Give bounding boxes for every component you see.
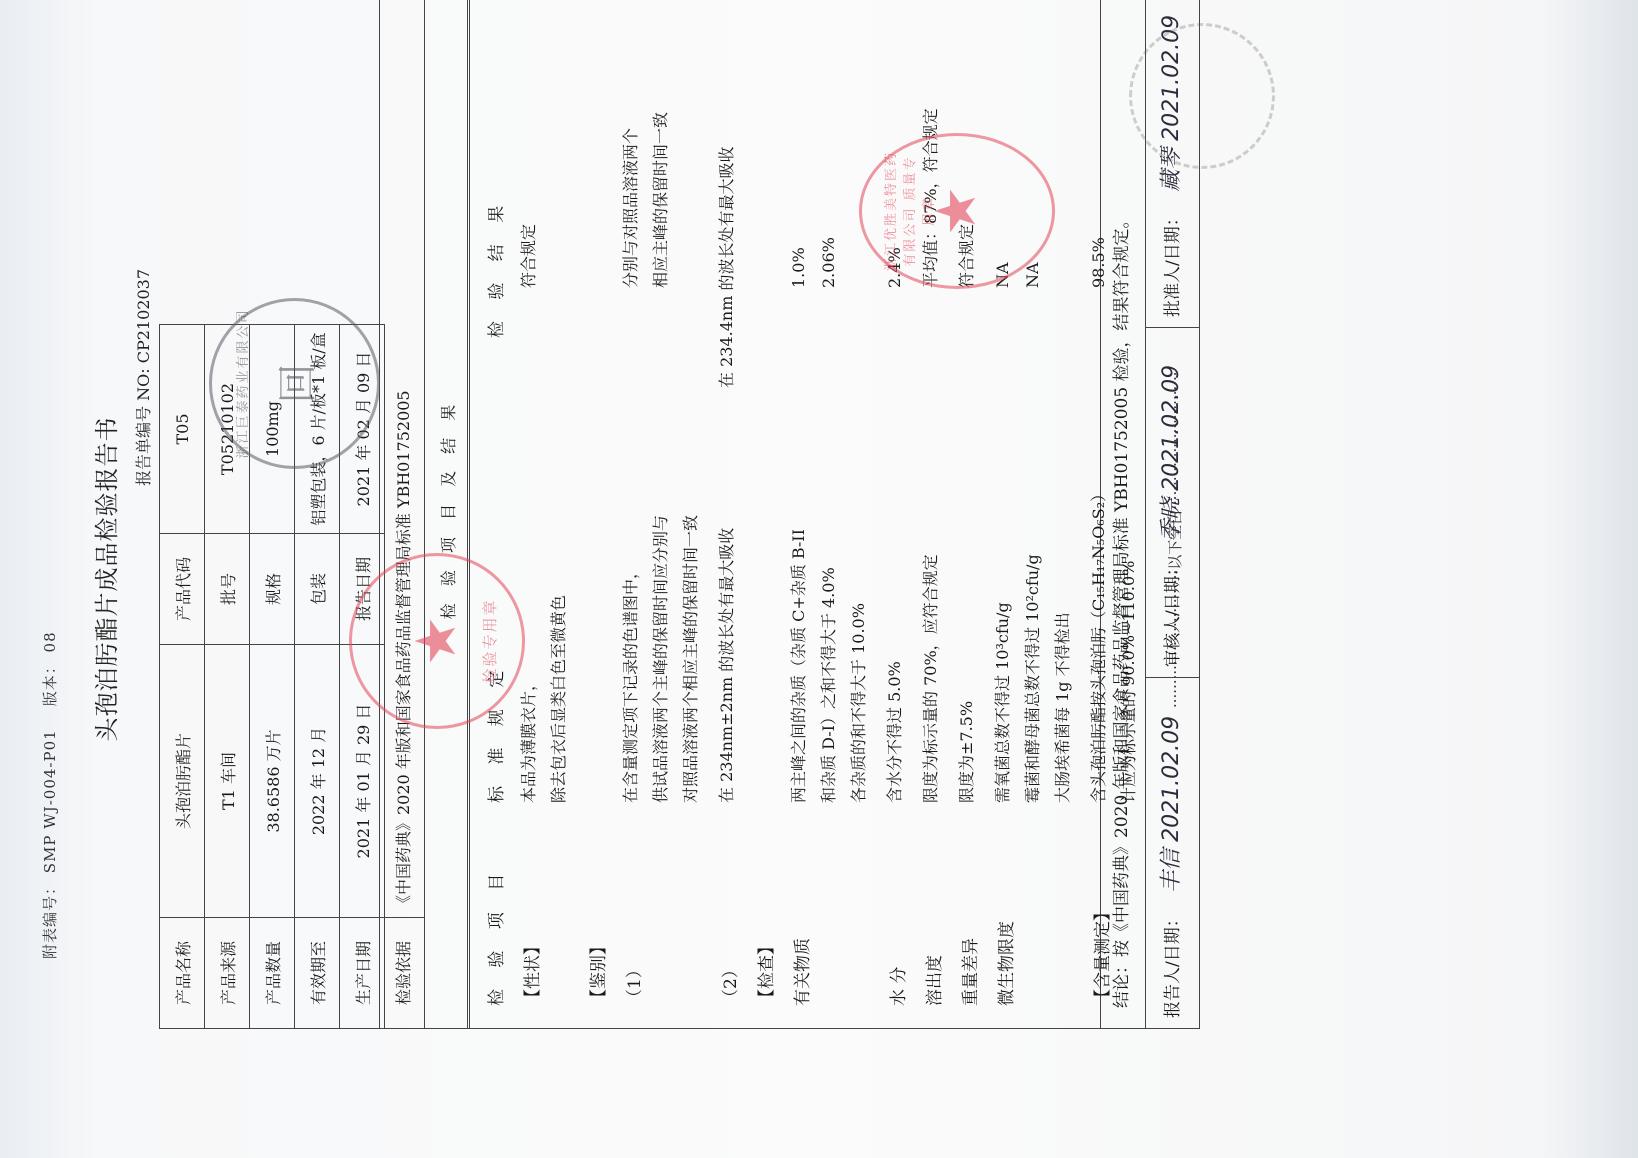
test-standard: 两主峰之间的杂质（杂质 C+杂质 B-II和杂质 D-I）之和不得大于 4.0%… [784, 529, 874, 803]
section-heading: 检 验 项 目 及 结 果 [425, 0, 470, 1029]
reporter-signature: 丰信 2021.02.09 [1159, 716, 1184, 893]
product-name: 头孢泊肟酯片 [160, 645, 205, 918]
basis-table: 检验依据 《中国药典》2020 年版和国家食品药品监督管理局标准 YBH0175… [379, 0, 470, 1029]
source: T1 车间 [205, 645, 250, 918]
product-code-label: 产品代码 [160, 534, 205, 645]
test-result: 符合规定 [514, 224, 544, 288]
test-item-name: 【鉴别】 [584, 938, 609, 1006]
quality-stamp-text: 浙江优胜美特医药有限公司 质量专用章 [880, 151, 937, 271]
company-stamp-text: 浙江巨泰药业有限公司 [232, 309, 251, 459]
approver-label: 批准人/日期： [1163, 209, 1183, 317]
reviewer-signature: 季晓 2021.02.09 [1159, 365, 1184, 542]
quantity-label: 产品数量 [250, 918, 295, 1029]
report-number-value: CP2102037 [134, 269, 153, 363]
test-standard: 限度为标示量的 70%，应符合规定 [916, 554, 946, 803]
company-stamp: 浙江巨泰药业有限公司 回 [209, 298, 380, 469]
quantity: 38.6586 万片 [250, 645, 295, 918]
document-title: 头孢泊肟酯片成品检验报告书 [87, 129, 122, 1029]
test-item-name: 微生物限度 [992, 921, 1017, 1006]
test-standard: 在 234nm±2nm 的波长处有最大吸收 [712, 528, 742, 803]
test-item-name: 【检查】 [752, 938, 777, 1006]
table-row: 检验依据 《中国药典》2020 年版和国家食品药品监督管理局标准 YBH0175… [380, 0, 425, 1029]
test-result: 1.0%2.06% [784, 237, 844, 288]
test-item-name: 溶出度 [920, 955, 945, 1006]
form-number-label: 附表编号： [41, 879, 59, 959]
inspection-report-page: 附表编号： SMP WJ-004-P01 版本： 08 头孢泊肟酯片成品检验报告… [19, 129, 1269, 1029]
test-item-name: 重量差异 [956, 938, 981, 1006]
column-header-result: 检 验 结 果 [482, 198, 507, 338]
test-standard: 在含量测定项下记录的色谱图中，供试品溶液两个主峰的保留时间应分别与对照品溶液两个… [616, 515, 706, 803]
test-standard: 限度为±7.5% [952, 701, 982, 803]
column-header-item: 检 验 项 目 [482, 866, 507, 1006]
product-code: T05 [160, 325, 205, 534]
test-item-name: （2） [716, 961, 741, 1006]
report-number-label: 报告单编号 NO: [134, 368, 153, 486]
form-number-line: 附表编号： SMP WJ-004-P01 版本： 08 [39, 631, 60, 959]
inspection-stamp-text: 检验专用章 [479, 599, 500, 684]
production-date-label: 生产日期 [340, 918, 385, 1029]
test-standard: 含水分不得过 5.0% [880, 661, 910, 803]
form-number: SMP WJ-004-P01 [41, 729, 59, 873]
test-item-name: 有关物质 [788, 938, 813, 1006]
conclusion-text: 结论：按《中国药典》2020 年版和国家食品药品监督管理局标准 YBH01752… [1107, 211, 1132, 1008]
reviewer-label: 审核人/日期： [1163, 559, 1183, 667]
version-label: 版本： [41, 658, 59, 706]
reporter-label: 报告人/日期： [1163, 910, 1183, 1018]
package-label: 包装 [295, 534, 340, 645]
table-row: 产品名称 头孢泊肟酯片 产品代码 T05 [160, 325, 205, 1029]
star-icon: ★ [409, 616, 465, 666]
batch-label: 批号 [205, 534, 250, 645]
test-item-name: 水 分 [884, 967, 909, 1006]
faint-stamp [1129, 23, 1275, 169]
test-item-name: 【性状】 [518, 938, 543, 1006]
test-item-name: （1） [620, 961, 645, 1006]
quality-stamp: ★ 浙江优胜美特医药有限公司 质量专用章 [859, 133, 1055, 289]
test-standard: 需氧菌总数不得过 10³cfu/g霉菌和酵母菌总数不得过 10²cfu/g大肠埃… [988, 554, 1078, 803]
expiry-label: 有效期至 [295, 918, 340, 1029]
version: 08 [41, 631, 59, 652]
product-name-label: 产品名称 [160, 918, 205, 1029]
expiry: 2022 年 12 月 [295, 645, 340, 918]
reviewer-cell: 审核人/日期： 季晓 2021.02.09 [1146, 328, 1200, 678]
inspection-stamp: ★ 检验专用章 [349, 553, 525, 729]
seal-glyph-icon: 回 [266, 364, 323, 404]
table-row: 检 验 项 目 及 结 果 [425, 0, 470, 1029]
star-icon: ★ [929, 186, 985, 236]
spec-label: 规格 [250, 534, 295, 645]
test-result: 分别与对照品溶液两个相应主峰的保留时间一致 [616, 112, 676, 288]
basis-label: 检验依据 [380, 918, 425, 1029]
source-label: 产品来源 [205, 918, 250, 1029]
test-result: 在 234.4nm 的波长处有最大吸收 [712, 147, 742, 388]
basis: 《中国药典》2020 年版和国家食品药品监督管理局标准 YBH01752005 [380, 0, 425, 918]
reporter-cell: 报告人/日期： 丰信 2021.02.09 [1146, 678, 1200, 1028]
report-number: 报告单编号 NO: CP2102037 [131, 269, 154, 486]
